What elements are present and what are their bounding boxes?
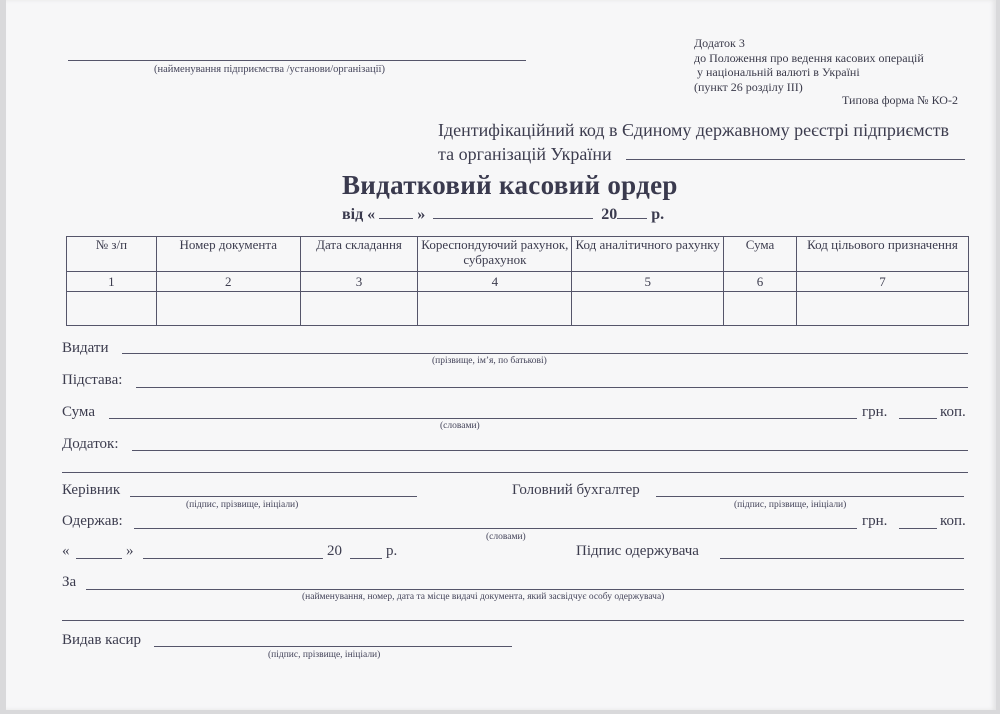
appendix-reference: Додаток 3 до Положення про ведення касов… [694, 36, 924, 94]
amount-kop-label: коп. [940, 404, 966, 421]
amount-cell[interactable] [724, 292, 797, 326]
order-month-field[interactable] [433, 204, 593, 219]
attachment-label: Додаток: [62, 436, 119, 453]
form-sheet: (найменування підприємства /установи/орг… [6, 0, 996, 710]
id-code-field[interactable] [626, 159, 965, 160]
year-prefix: 20 [601, 206, 617, 223]
received-caption: (словами) [486, 532, 526, 542]
column-number: 5 [572, 272, 724, 292]
appendix-line: Додаток 3 [694, 36, 924, 51]
column-number: 1 [67, 272, 157, 292]
director-caption: (підпис, прізвище, ініціали) [186, 500, 298, 510]
amount-kop-field[interactable] [899, 418, 937, 419]
date-close-quote: » [417, 206, 425, 223]
column-number: 3 [300, 272, 418, 292]
column-header: Код цільового призначення [796, 237, 968, 272]
received-date-suffix: р. [386, 543, 397, 560]
by-document-label: За [62, 574, 76, 591]
date-suffix: р. [651, 206, 664, 223]
id-code-label-line1: Ідентифікаційний код в Єдиному державном… [438, 118, 949, 142]
amount-label: Сума [62, 404, 95, 421]
amount-uah-label: грн. [862, 404, 887, 421]
column-header: Сума [724, 237, 797, 272]
date-cell[interactable] [300, 292, 418, 326]
issue-to-caption: (прізвище, ім’я, по батькові) [432, 356, 547, 366]
chief-accountant-label: Головний бухгалтер [512, 482, 640, 499]
appendix-line: (пункт 26 розділу ІІІ) [694, 80, 924, 95]
amount-caption: (словами) [440, 421, 480, 431]
column-header: № з/п [67, 237, 157, 272]
column-number: 2 [156, 272, 300, 292]
date-prefix: від « [342, 206, 375, 223]
amount-words-field[interactable] [109, 418, 857, 419]
recipient-signature-label: Підпис одержувача [576, 543, 699, 560]
column-number: 6 [724, 272, 797, 292]
cashier-label: Видав касир [62, 632, 141, 649]
document-number-cell[interactable] [156, 292, 300, 326]
appendix-line: у національній валюті в Україні [694, 65, 924, 80]
column-header: Номер документа [156, 237, 300, 272]
received-year-prefix: 20 [327, 543, 342, 560]
column-number-row: 1 2 3 4 5 6 7 [67, 272, 969, 292]
analytic-account-cell[interactable] [572, 292, 724, 326]
received-month-field[interactable] [143, 558, 323, 559]
received-year-field[interactable] [350, 558, 382, 559]
org-name-caption: (найменування підприємства /установи/орг… [154, 64, 385, 75]
column-header: Дата складання [300, 237, 418, 272]
received-kop-field[interactable] [899, 528, 937, 529]
basis-field[interactable] [136, 387, 968, 388]
director-label: Керівник [62, 482, 120, 499]
recipient-signature-field[interactable] [720, 558, 964, 559]
table-header-row: № з/п Номер документа Дата складання Кор… [67, 237, 969, 272]
received-uah-label: грн. [862, 513, 887, 530]
received-date-close-quote: » [126, 543, 134, 560]
form-number: Типова форма № КО-2 [842, 93, 958, 108]
purpose-code-cell[interactable] [796, 292, 968, 326]
order-year-field[interactable] [617, 204, 647, 219]
attachment-field[interactable] [132, 450, 968, 451]
appendix-line: до Положення про ведення касових операці… [694, 51, 924, 66]
received-label: Одержав: [62, 513, 123, 530]
column-number: 7 [796, 272, 968, 292]
column-number: 4 [418, 272, 572, 292]
document-title: Видатковий касовий ордер [342, 170, 678, 201]
row-number-cell[interactable] [67, 292, 157, 326]
issue-to-label: Видати [62, 340, 109, 357]
received-words-field[interactable] [134, 528, 857, 529]
chief-accountant-signature-field[interactable] [656, 496, 964, 497]
issue-to-field[interactable] [122, 353, 968, 354]
id-code-label-line2: та організацій України [438, 144, 612, 164]
column-header: Кореспондуючий рахунок, субрахунок [418, 237, 572, 272]
order-date-line: від « » 20 р. [342, 204, 664, 224]
attachment-field-line2[interactable] [62, 472, 968, 473]
received-day-field[interactable] [76, 558, 122, 559]
cashier-caption: (підпис, прізвище, ініціали) [268, 650, 380, 660]
chief-accountant-caption: (підпис, прізвище, ініціали) [734, 500, 846, 510]
by-document-field[interactable] [86, 589, 964, 590]
basis-label: Підстава: [62, 372, 122, 389]
table-row [67, 292, 969, 326]
column-header: Код аналітичного рахунку [572, 237, 724, 272]
order-table: № з/п Номер документа Дата складання Кор… [66, 236, 969, 326]
cashier-signature-field[interactable] [154, 646, 512, 647]
org-name-field[interactable] [68, 60, 526, 61]
received-date-open-quote: « [62, 543, 70, 560]
by-document-field-line2[interactable] [62, 620, 964, 621]
director-signature-field[interactable] [130, 496, 417, 497]
by-document-caption: (найменування, номер, дата та місце вида… [302, 592, 664, 602]
received-kop-label: коп. [940, 513, 966, 530]
order-day-field[interactable] [379, 204, 413, 219]
corresponding-account-cell[interactable] [418, 292, 572, 326]
